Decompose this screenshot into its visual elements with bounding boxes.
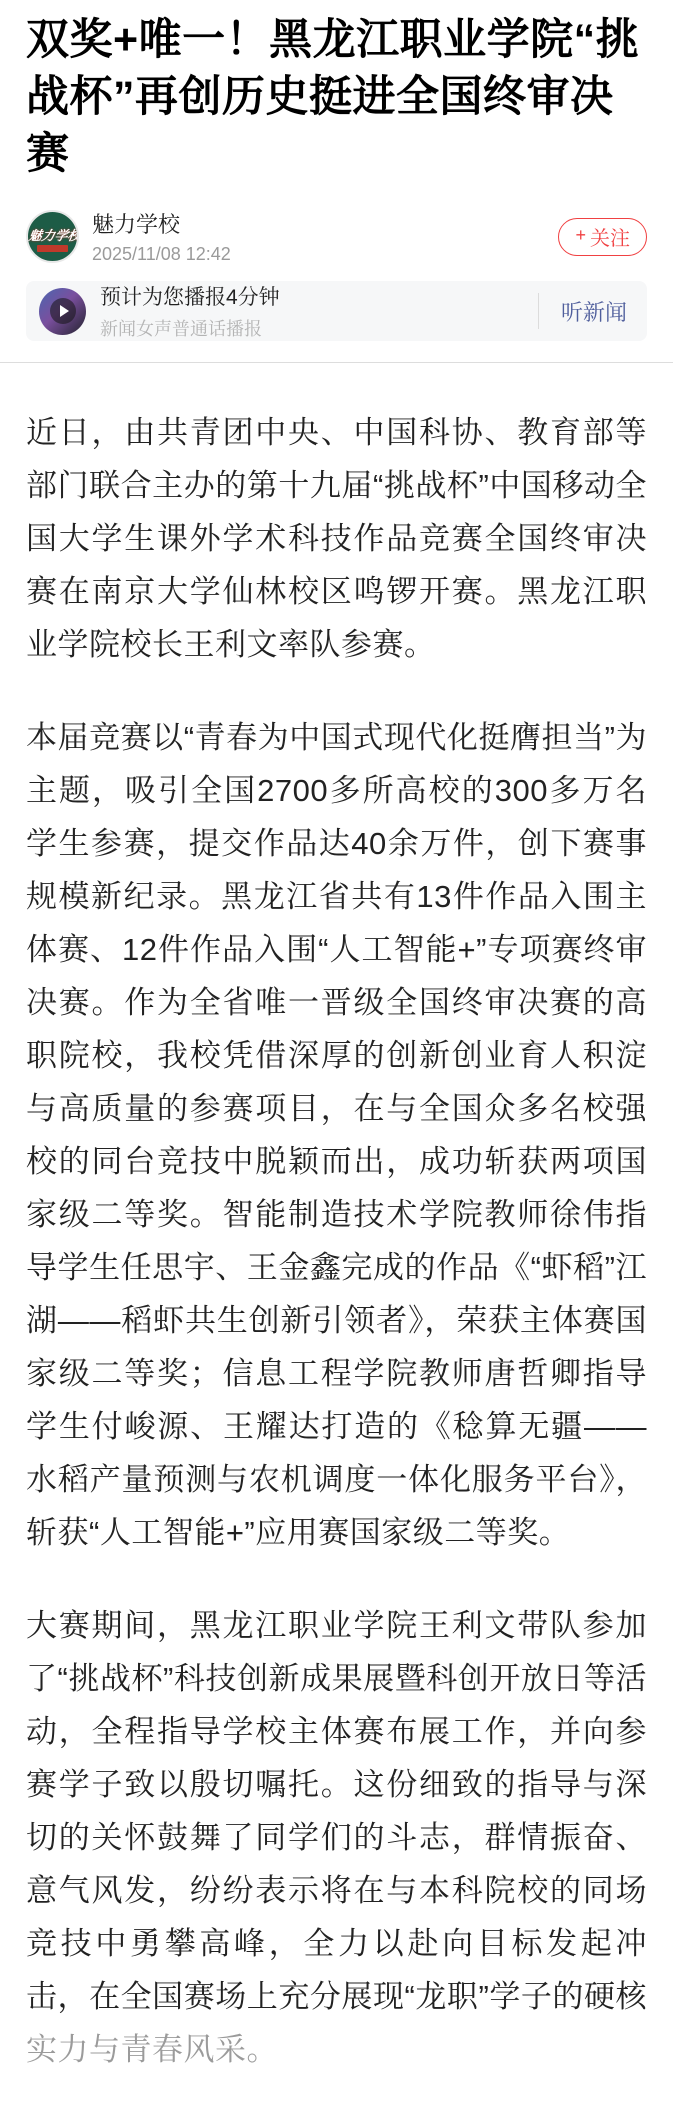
author-bar: 魅力学校 魅力学校 2025/11/08 12:42 + 关注 — [26, 208, 647, 265]
play-icon[interactable] — [50, 298, 76, 324]
paragraph-text: 大赛期间，黑龙江职业学院王利文带队参加了“挑战杯”科技创新成果展暨科创开放日等活… — [26, 1608, 647, 2014]
vertical-divider — [538, 293, 539, 329]
paragraph: 近日，由共青团中央、中国科协、教育部等部门联合主办的第十九届“挑战杯”中国移动全… — [26, 406, 647, 671]
page-title: 双奖+唯一！黑龙江职业学院“挑战杯”再创历史挺进全国终审决赛 — [26, 0, 647, 182]
publish-timestamp: 2025/11/08 12:42 — [92, 244, 558, 265]
article-body: 近日，由共青团中央、中国科协、教育部等部门联合主办的第十九届“挑战杯”中国移动全… — [26, 363, 647, 2076]
paragraph-text: 近日，由共青团中央、中国科协、教育部等部门联合主办的第十九届“挑战杯”中国移动全… — [26, 415, 647, 662]
follow-button-label: 关注 — [590, 222, 630, 251]
avatar-calligraphy-text: 魅力学校 — [27, 225, 78, 244]
paragraph-faded-text: 实力与青春风采。 — [26, 2032, 278, 2067]
paragraph: 本届竞赛以“青春为中国式现代化挺膺担当”为主题，吸引全国2700多所高校的300… — [26, 711, 647, 1559]
audio-duration-text: 预计为您播报4分钟 — [100, 281, 538, 311]
plus-icon: + — [575, 225, 586, 246]
paragraph: 大赛期间，黑龙江职业学院王利文带队参加了“挑战杯”科技创新成果展暨科创开放日等活… — [26, 1599, 647, 2076]
audio-player-texts: 预计为您播报4分钟 新闻女声普通话播报 — [100, 281, 538, 341]
article-page: 双奖+唯一！黑龙江职业学院“挑战杯”再创历史挺进全国终审决赛 魅力学校 魅力学校… — [0, 0, 673, 2106]
audio-player-right: 听新闻 — [538, 293, 627, 329]
author-meta: 魅力学校 2025/11/08 12:42 — [92, 208, 558, 265]
paragraph-text: 本届竞赛以“青春为中国式现代化挺膺担当”为主题，吸引全国2700多所高校的300… — [26, 720, 647, 1550]
follow-button[interactable]: + 关注 — [558, 218, 647, 256]
audio-cover-image[interactable] — [39, 288, 86, 335]
audio-player-bar[interactable]: 预计为您播报4分钟 新闻女声普通话播报 听新闻 — [26, 281, 647, 341]
avatar-red-band — [37, 245, 68, 252]
author-name[interactable]: 魅力学校 — [92, 208, 558, 239]
audio-voice-text: 新闻女声普通话播报 — [100, 315, 538, 341]
listen-news-button[interactable]: 听新闻 — [561, 296, 627, 327]
author-avatar[interactable]: 魅力学校 — [26, 210, 79, 263]
